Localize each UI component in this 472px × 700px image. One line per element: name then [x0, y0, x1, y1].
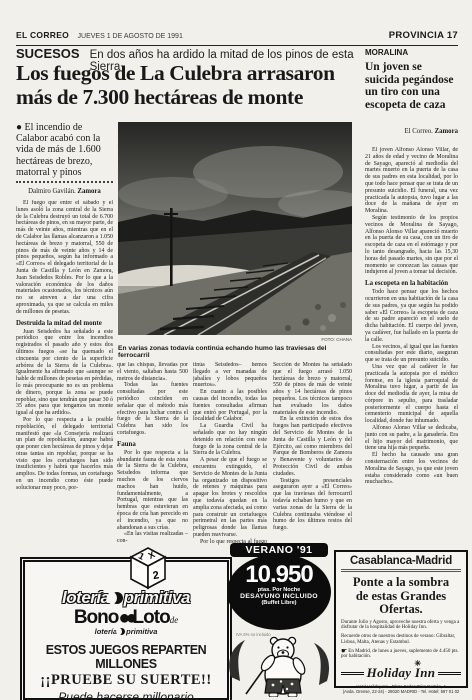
paragraph: Por lo que respecta a la abundante fauna… — [117, 450, 188, 532]
lottery-slogan-2: ¡¡PRUEBE SU SUERTE!! — [25, 672, 227, 689]
loto-word: Loto — [133, 607, 170, 628]
price-circle: 10.950 ptas. Por Noche DESAYUNO INCLUIDO… — [227, 554, 331, 630]
star-icon: ✳ — [414, 659, 421, 668]
paragraph: Alfonso Alonso Villar se dedicaba, junto… — [365, 425, 458, 452]
issue-date: JUEVES 1 DE AGOSTO DE 1991 — [78, 33, 183, 40]
paragraph: En la extinción de estos dos fuegos han … — [273, 416, 352, 477]
body-column-2: que las chispas, llevadas por el viento,… — [117, 362, 188, 545]
sub-loteria-word: lotería — [95, 627, 118, 636]
sidebar-headline: Un joven se suicida pegándose un tiro co… — [365, 61, 458, 111]
paragraph: Todas las fuentes consultadas por este p… — [117, 382, 188, 436]
sidebar-byline-author: El Correo. — [405, 128, 433, 135]
crescent-moon-icon — [111, 592, 123, 604]
photo-caption: En varias zonas todavía continúa echando… — [118, 345, 354, 359]
lottery-slogan-1: ESTOS JUEGOS REPARTEN MILLONES — [25, 643, 227, 671]
buffet-label: (Buffet Libre) — [227, 600, 331, 606]
pointer-hand-icon: ☛ — [341, 647, 347, 655]
holiday-paragraph-3-text: En Madrid, de lunes a jueves, suplemento… — [341, 649, 459, 660]
loteria-primitiva-logo: loteríaprimitiva — [25, 588, 227, 608]
paragraph: El fuego que entre el sábado y el lunes … — [16, 200, 113, 316]
headline-line1: Los fuegos de La Culebra arrasaron — [16, 61, 335, 85]
polar-bear-illustration — [226, 635, 332, 697]
paragraph: La Guardia Civil ha señalado que no hay … — [193, 423, 267, 457]
byline-place: Zamora — [77, 188, 100, 195]
sidebar-body-column: El joven Alfonso Alonso Villar, de 21 añ… — [365, 147, 458, 545]
subhead-escopeta: La escopeta en la habitación — [365, 280, 458, 287]
byline-author: Dalmiro Gavilán. — [28, 188, 76, 195]
holiday-title-line1: Ponte a la sombra — [353, 575, 449, 589]
holiday-ad-title: Ponte a la sombra de estas Grandes Ofert… — [341, 576, 461, 617]
holiday-paragraph-1: Durante Julio y Agosto, aproveche nuestr… — [341, 620, 461, 632]
paragraph: A pesar de que el fuego se encuentra ext… — [193, 457, 267, 539]
sidebar-byline-place: Zamora — [435, 128, 458, 135]
headline-line2: más de 7.300 hectáreas de monte — [16, 85, 303, 109]
holiday-ad-header: Casablanca-Madrid — [341, 555, 461, 572]
masthead: EL CORREO JUEVES 1 DE AGOSTO DE 1991 PRO… — [16, 25, 458, 46]
holiday-inn-logo-row: ✳Holiday Inn — [341, 665, 461, 681]
holiday-paragraph-2: Recuerde otros de nuestros destinos de v… — [341, 634, 461, 646]
sidebar-byline: El Correo. Zamora — [365, 128, 458, 135]
paragraph: El hecho ha causado una gran consternaci… — [365, 452, 458, 486]
paragraph: Según testimonio de los propios vecinos … — [365, 215, 458, 276]
logo-rule-right — [438, 672, 461, 675]
dice-1x2-icon: 1 X 2 — [127, 546, 169, 595]
holiday-address: Hotel Holiday Inn - Plaza Carlos Trías B… — [341, 684, 461, 694]
paragraph: El joven Alfonso Alonso Villar, de 21 añ… — [365, 147, 458, 215]
paragraph: Sección de Montes ha señalado que el fue… — [273, 362, 352, 416]
masthead-left: EL CORREO JUEVES 1 DE AGOSTO DE 1991 — [16, 25, 183, 43]
paragraph: Todo hace pensar que los hechos ocurrier… — [365, 289, 458, 343]
paragraph: Por lo que respecta a la posible repobla… — [16, 417, 113, 492]
dotted-rule — [16, 181, 113, 183]
subhead-destruida: Destruida la mitad del monte — [16, 320, 113, 327]
paragraph: En cuanto a las posibles causas del ince… — [193, 389, 267, 423]
section-label: PROVINCIA 17 — [389, 30, 458, 41]
paper-name: EL CORREO — [16, 30, 69, 40]
ad-verano-holiday-inn: VERANO '91 10.950 ptas. Por Noche DESAYU… — [226, 543, 332, 697]
subhead-fauna: Fauna — [117, 441, 188, 448]
article-byline: Dalmiro Gavilán. Zamora — [16, 188, 113, 195]
photo-credit: FOTO: CHANA — [118, 337, 352, 342]
body-column-3: tinúa Seisdedos– hemos llegado a ver man… — [193, 362, 267, 545]
railway-photo-illustration — [118, 122, 352, 335]
sidebar-kicker: MORALINA — [365, 48, 408, 57]
holiday-title-line2: de estas Grandes Ofertas. — [356, 589, 446, 617]
bonoloto-logo: Bono●●Lotode — [25, 609, 227, 629]
ad-casablanca-madrid: Casablanca-Madrid Ponte a la sombra de e… — [334, 550, 468, 688]
crescent-moon-icon — [118, 628, 125, 635]
bono-word: Bono — [74, 607, 119, 628]
logo-rule-left — [341, 672, 364, 675]
newspaper-page: EL CORREO JUEVES 1 DE AGOSTO DE 1991 PRO… — [0, 0, 472, 700]
holiday-inn-wordmark: Holiday Inn — [367, 665, 436, 680]
address-line-2: (Avda. Orense, 22-24) - 28020 MADRID - T… — [343, 689, 459, 694]
article-photo — [118, 122, 352, 335]
breakfast-included: DESAYUNO INCLUIDO — [227, 593, 331, 600]
loteria-word: lotería — [62, 588, 110, 607]
paragraph: «En las visitas realizadas –con- — [117, 531, 188, 545]
lottery-balls-icon: ●● — [118, 607, 132, 629]
holiday-paragraph-3: ☛En Madrid, de lunes a jueves, suplement… — [341, 649, 461, 661]
paragraph: Testigos presenciales aseguraron ayer a … — [273, 478, 352, 532]
paragraph: que las chispas, llevadas por el viento,… — [117, 362, 188, 382]
ad-lottery: 1 X 2 loteríaprimitiva Bono●●Lotode lote… — [20, 557, 232, 700]
loteria-primitiva-sublogo: loteríaprimitiva — [25, 627, 227, 636]
sub-primitiva-word: primitiva — [126, 627, 157, 636]
lottery-slogan-3: Puede hacerse millonario — [25, 690, 227, 700]
kicker: SUCESOS — [16, 46, 80, 61]
paragraph: tinúa Seisdedos– hemos llegado a ver man… — [193, 362, 267, 389]
main-headline: Los fuegos de La Culebra arrasaron más d… — [16, 61, 358, 109]
de-word: de — [170, 615, 179, 625]
body-column-4: Sección de Montes ha señalado que el fue… — [273, 362, 352, 545]
holiday-inn-logo: ✳Holiday Inn — [367, 665, 436, 681]
paragraph: Juan Seisdedos ha señalado a este periód… — [16, 329, 113, 417]
paragraph: Una vez que al cadáver le fue practicada… — [365, 364, 458, 425]
body-column-1: El fuego que entre el sábado y el lunes … — [16, 200, 113, 545]
article-dek: ● El incendio de Calabor acabó con la vi… — [16, 122, 113, 178]
paragraph: Los vecinos, al igual que las fuentes co… — [365, 344, 458, 364]
price-value: 10.950 — [227, 563, 331, 587]
